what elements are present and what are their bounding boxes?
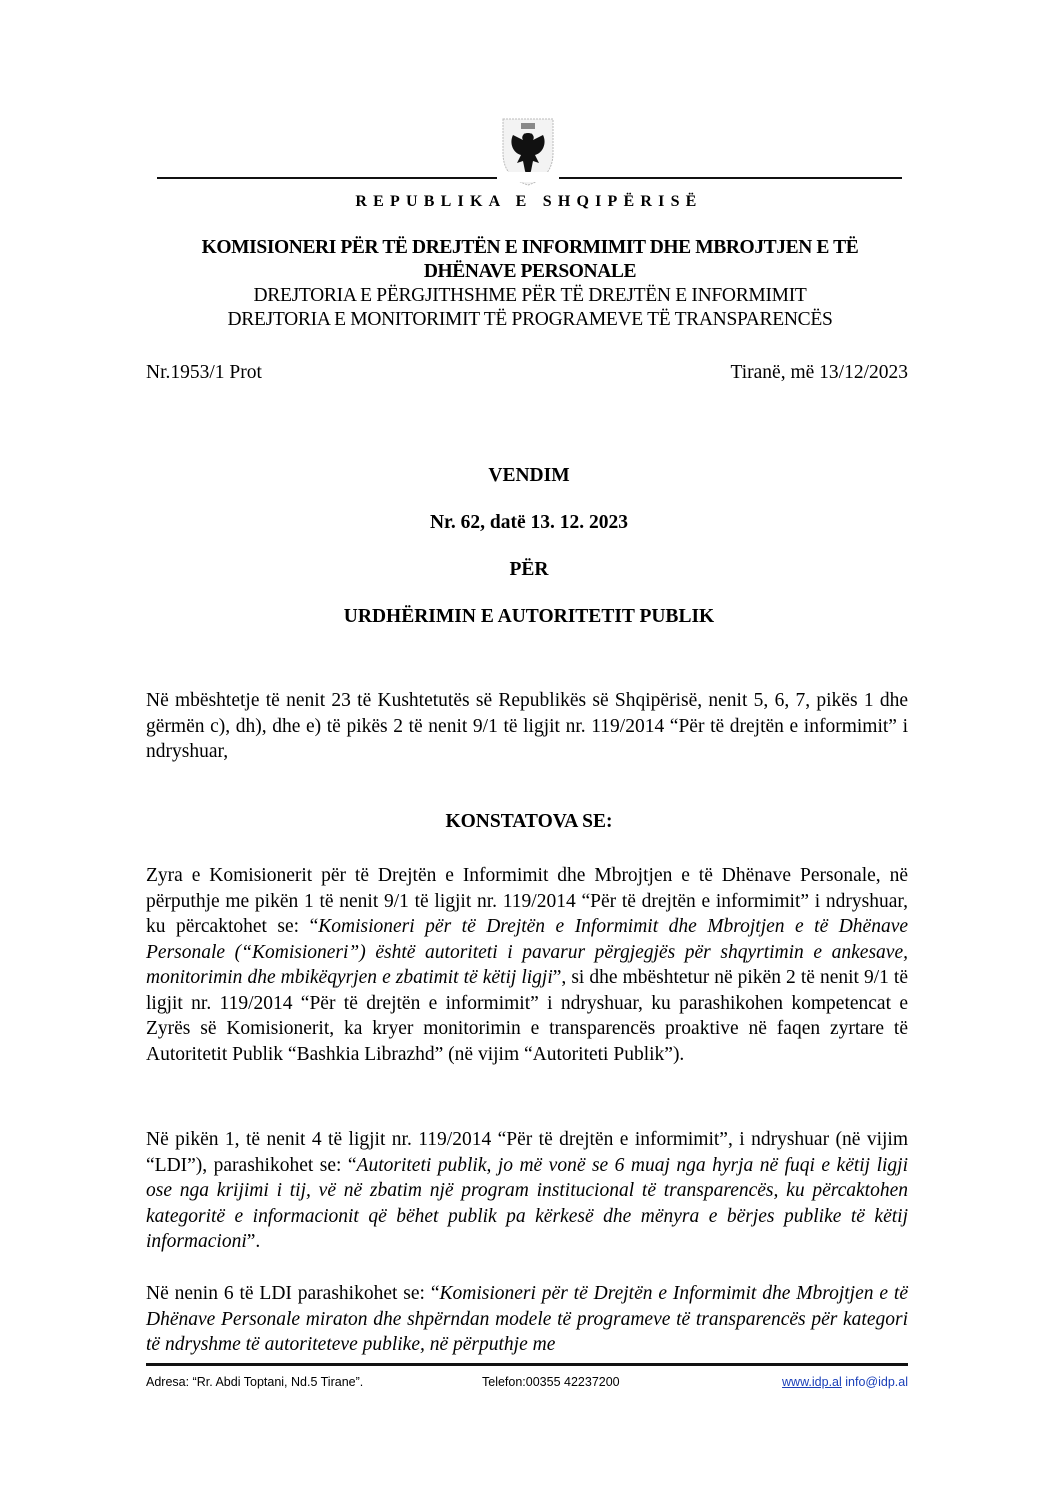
- directorate-general: DREJTORIA E PËRGJITHSHME PËR TË DREJTËN …: [150, 284, 910, 308]
- institution-name-line1: KOMISIONERI PËR TË DREJTËN E INFORMIMIT …: [150, 236, 910, 260]
- directorate-monitoring: DREJTORIA E MONITORIMIT TË PROGRAMEVE TË…: [150, 308, 910, 332]
- footer-rule: [146, 1363, 908, 1366]
- website-link[interactable]: www.idp.al: [782, 1375, 842, 1389]
- institution-block: KOMISIONERI PËR TË DREJTËN E INFORMIMIT …: [150, 236, 910, 332]
- document-page: REPUBLIKA E SHQIPËRISË KOMISIONERI PËR T…: [0, 0, 1058, 1497]
- footer-links: www.idp.al info@idp.al: [782, 1375, 908, 1389]
- protocol-number: Nr.1953/1 Prot: [146, 362, 262, 384]
- paragraph-3: Në nenin 6 të LDI parashikohet se: “Komi…: [146, 1281, 908, 1358]
- decision-title: VENDIM: [0, 465, 1058, 487]
- email-link[interactable]: info@idp.al: [845, 1375, 908, 1389]
- section-heading: KONSTATOVA SE:: [0, 811, 1058, 833]
- country-title: REPUBLIKA E SHQIPËRISË: [0, 193, 1058, 211]
- place-date: Tiranë, më 13/12/2023: [731, 362, 908, 384]
- preamble-paragraph: Në mbështetje të nenit 23 të Kushtetutës…: [146, 688, 908, 765]
- decision-subject: URDHËRIMIN E AUTORITETIT PUBLIK: [0, 606, 1058, 628]
- paragraph-2: Në pikën 1, të nenit 4 të ligjit nr. 119…: [146, 1127, 908, 1255]
- decision-number-date: Nr. 62, datë 13. 12. 2023: [0, 512, 1058, 534]
- reference-line: Nr.1953/1 Prot Tiranë, më 13/12/2023: [146, 362, 908, 384]
- paragraph-1: Zyra e Komisionerit për të Drejtën e Inf…: [146, 863, 908, 1067]
- footer-address: Adresa: “Rr. Abdi Toptani, Nd.5 Tirane”.: [146, 1375, 363, 1389]
- footer-phone: Telefon:00355 42237200: [482, 1375, 620, 1389]
- institution-name-line2: DHËNAVE PERSONALE: [150, 260, 910, 284]
- decision-per: PËR: [0, 559, 1058, 581]
